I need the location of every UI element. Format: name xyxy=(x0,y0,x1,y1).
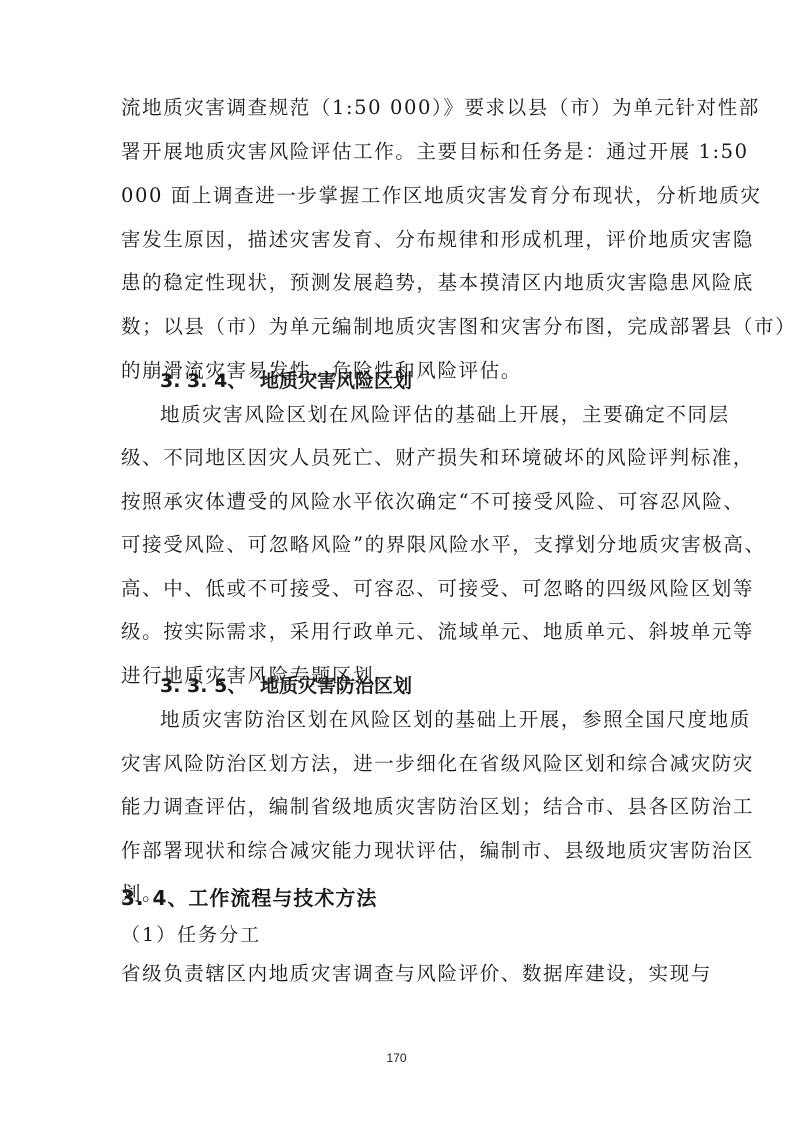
paragraph-line: 级。按实际需求，采用行政单元、流域单元、地质单元、斜坡单元等 xyxy=(121,620,676,644)
paragraph-line: 地质灾害防治区划在风险区划的基础上开展，参照全国尺度地质 xyxy=(160,708,676,732)
paragraph-line: 数；以县（市）为单元编制地质灾害图和灾害分布图，完成部署县（市） xyxy=(121,315,676,339)
paragraph-line: 灾害风险防治区划方法，进一步细化在省级风险区划和综合减灾防灾 xyxy=(121,752,676,776)
section-title: 地质灾害风险区划 xyxy=(260,370,412,392)
paragraph-line: 患的稳定性现状，预测发展趋势，基本摸清区内地质灾害隐患风险底 xyxy=(121,271,676,295)
section-heading-3-3-5: 3. 3. 5、地质灾害防治区划 xyxy=(160,674,412,698)
paragraph-line: 级、不同地区因灾人员死亡、财产损失和环境破坏的风险评判标准， xyxy=(121,446,676,470)
paragraph-line: 按照承灾体遭受的风险水平依次确定“不可接受风险、可容忍风险、 xyxy=(121,490,676,514)
paragraph-line: 可接受风险、可忽略风险”的界限风险水平，支撑划分地质灾害极高、 xyxy=(121,533,676,557)
section-number: 3. 3. 4、 xyxy=(160,369,260,393)
paragraph-line: 高、中、低或不可接受、可容忍、可接受、可忽略的四级风险区划等 xyxy=(121,577,676,601)
paragraph-line: 害发生原因，描述灾害发育、分布规律和形成机理，评价地质灾害隐 xyxy=(121,228,676,252)
paragraph-line: 作部署现状和综合减灾能力现状评估，编制市、县级地质灾害防治区 xyxy=(121,839,676,863)
section-number: 3. 3. 5、 xyxy=(160,674,260,698)
paragraph-line: 地质灾害风险区划在风险评估的基础上开展，主要确定不同层 xyxy=(160,403,676,427)
paragraph-line: 署开展地质灾害风险评估工作。主要目标和任务是：通过开展 1:50 xyxy=(121,140,676,164)
section-heading-3-4: 3. 4、工作流程与技术方法 xyxy=(121,885,377,911)
section-heading-3-3-4: 3. 3. 4、地质灾害风险区划 xyxy=(160,369,412,393)
page-number: 170 xyxy=(0,1051,793,1065)
section-title: 地质灾害防治区划 xyxy=(260,675,412,697)
subheading-task-division: （1）任务分工 xyxy=(121,923,261,947)
paragraph-line: 能力调查评估，编制省级地质灾害防治区划；结合市、县各区防治工 xyxy=(121,795,676,819)
paragraph-line: 省级负责辖区内地质灾害调查与风险评价、数据库建设，实现与 xyxy=(121,962,676,986)
paragraph-line: 000 面上调查进一步掌握工作区地质灾害发育分布现状，分析地质灾 xyxy=(121,184,676,208)
paragraph-line: 流地质灾害调查规范（1:50 000）》要求以县（市）为单元针对性部 xyxy=(121,96,676,120)
